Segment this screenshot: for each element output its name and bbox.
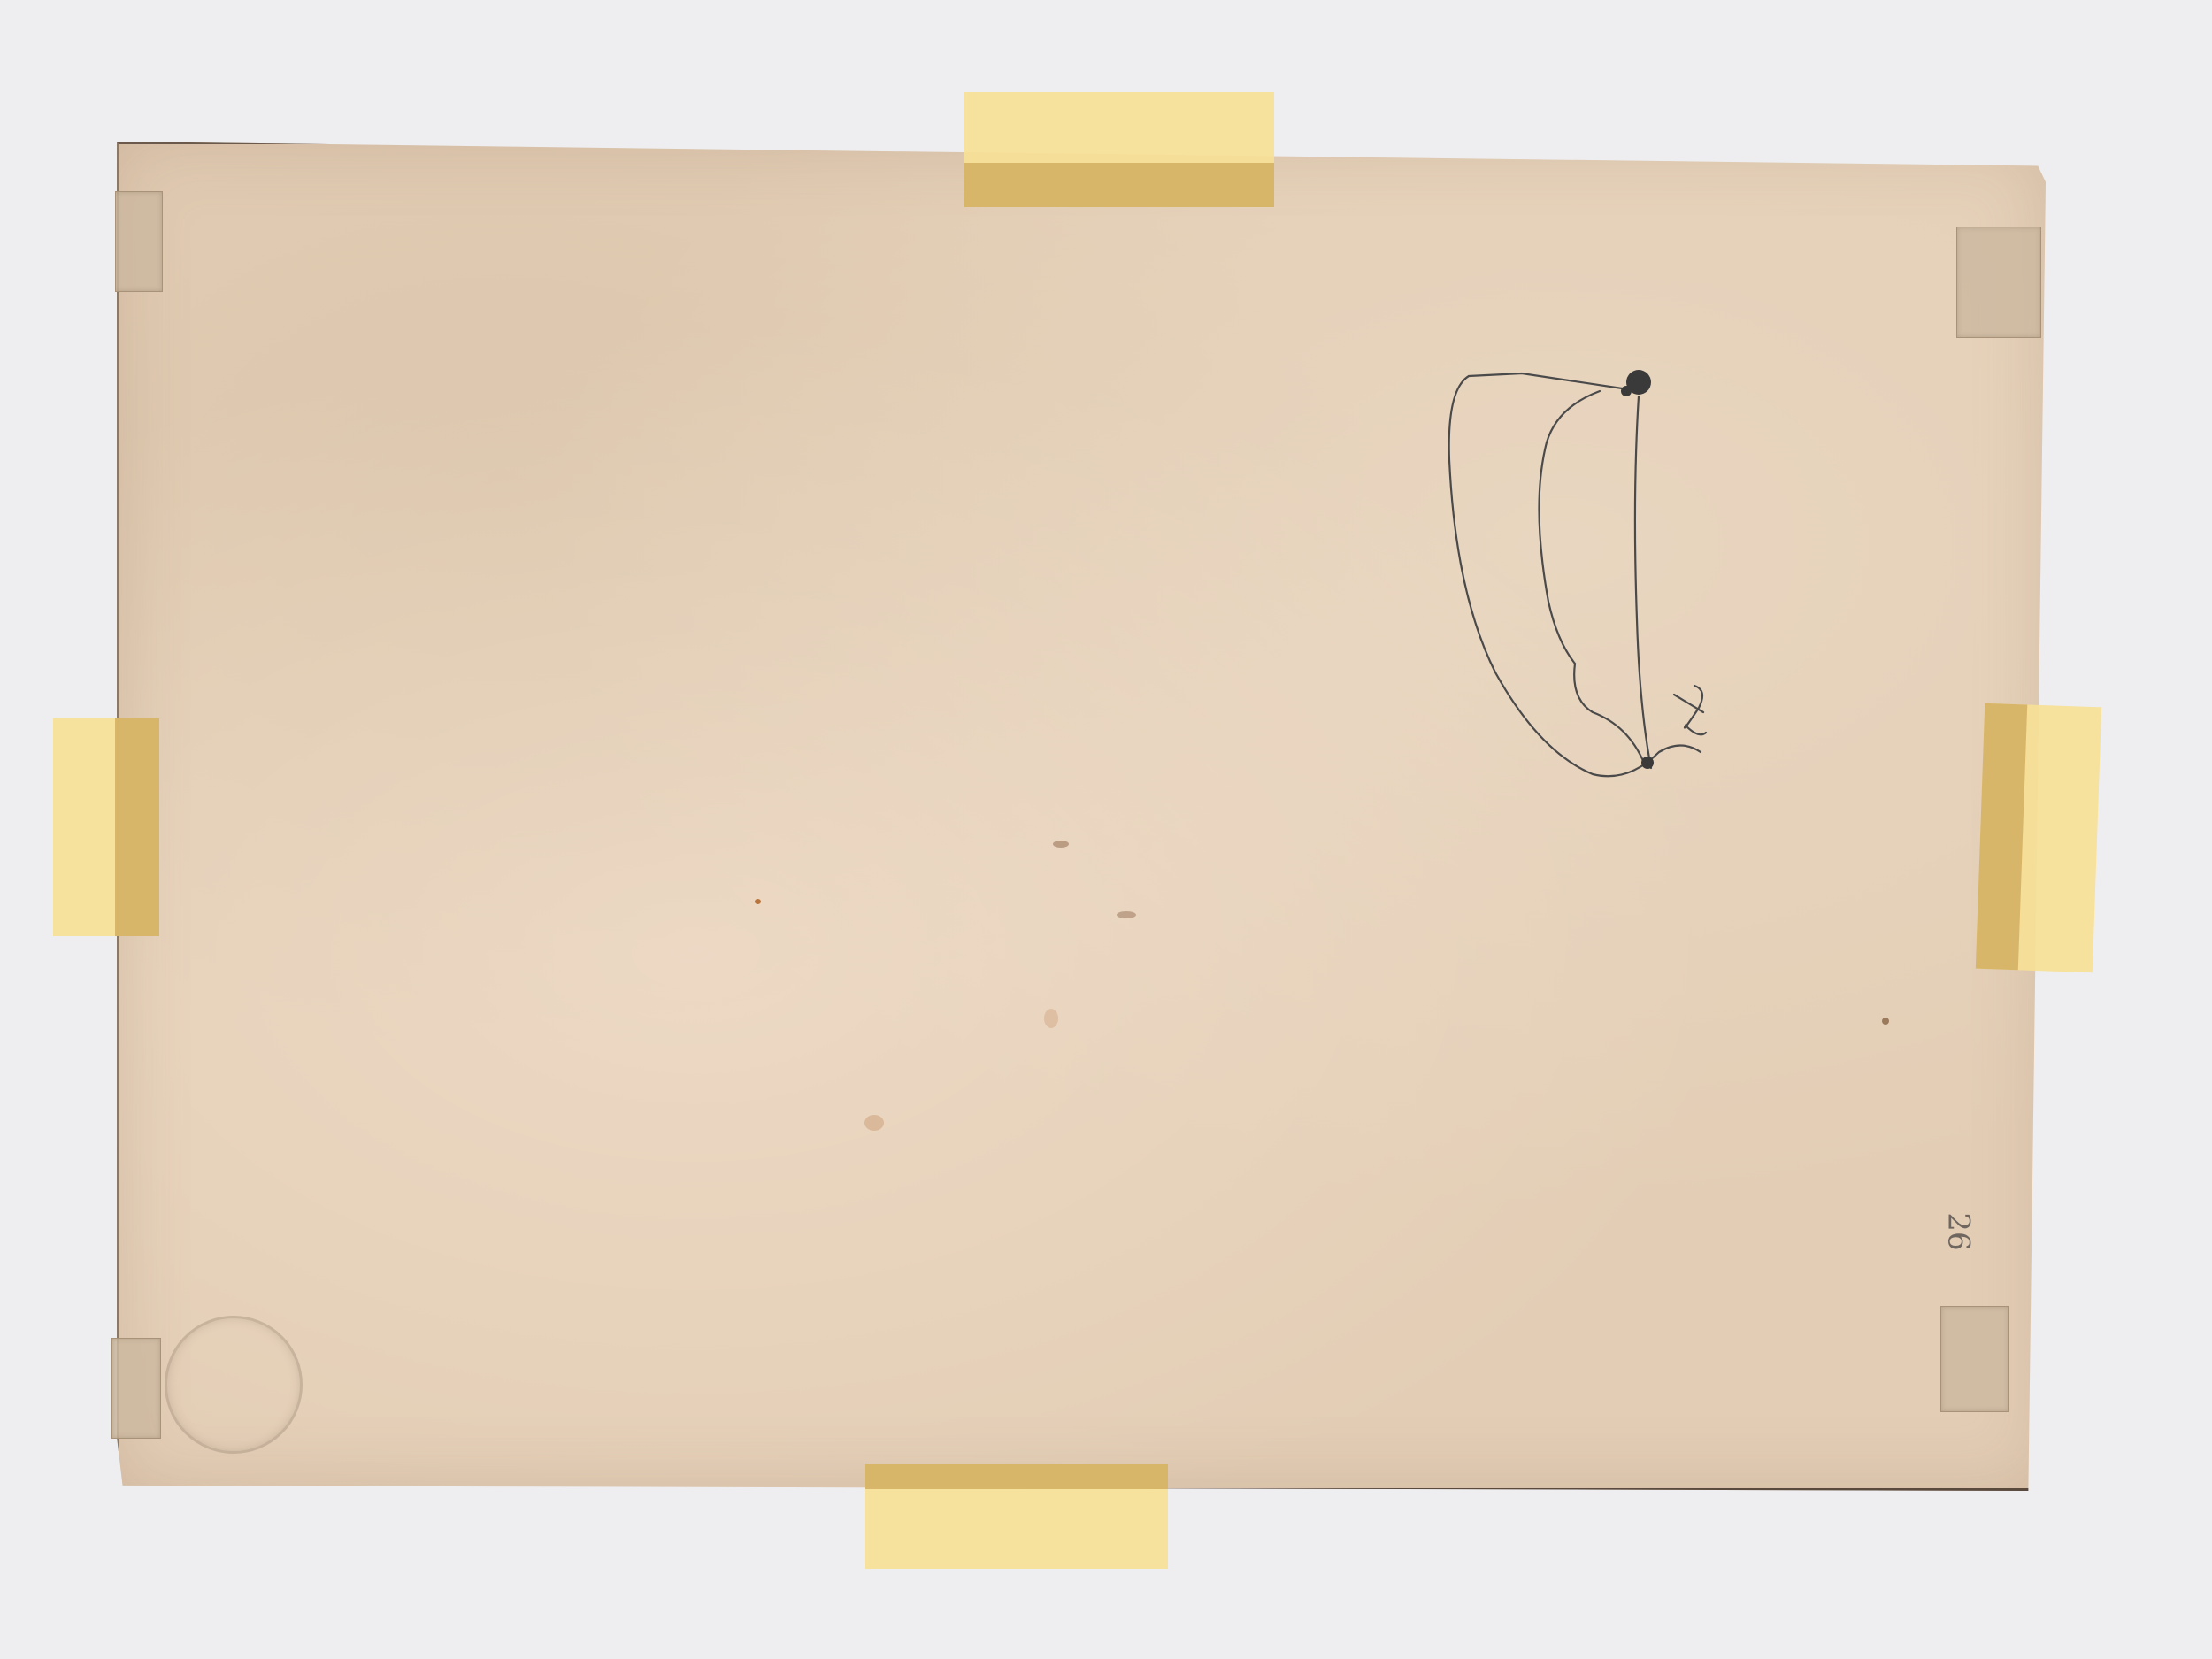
inventory-number: 26 [1941,1212,1977,1250]
graphite-sketch [1416,336,1752,814]
tape-right [1976,703,2101,972]
stain [1044,1009,1058,1028]
stain [755,899,761,904]
tape-bottom [865,1464,1168,1569]
stain [1053,841,1069,848]
hinge-top-left [115,191,163,292]
hinge-top-right [1956,227,2041,338]
stain [864,1115,884,1131]
paper-sheet [117,142,2046,1491]
hinge-bottom-left [111,1338,161,1439]
stain [1882,1018,1889,1025]
tape-left [53,718,159,936]
blind-stamp [165,1316,303,1454]
hinge-bottom-right [1940,1306,2009,1412]
tape-top [964,92,1274,207]
stain [1117,911,1136,918]
